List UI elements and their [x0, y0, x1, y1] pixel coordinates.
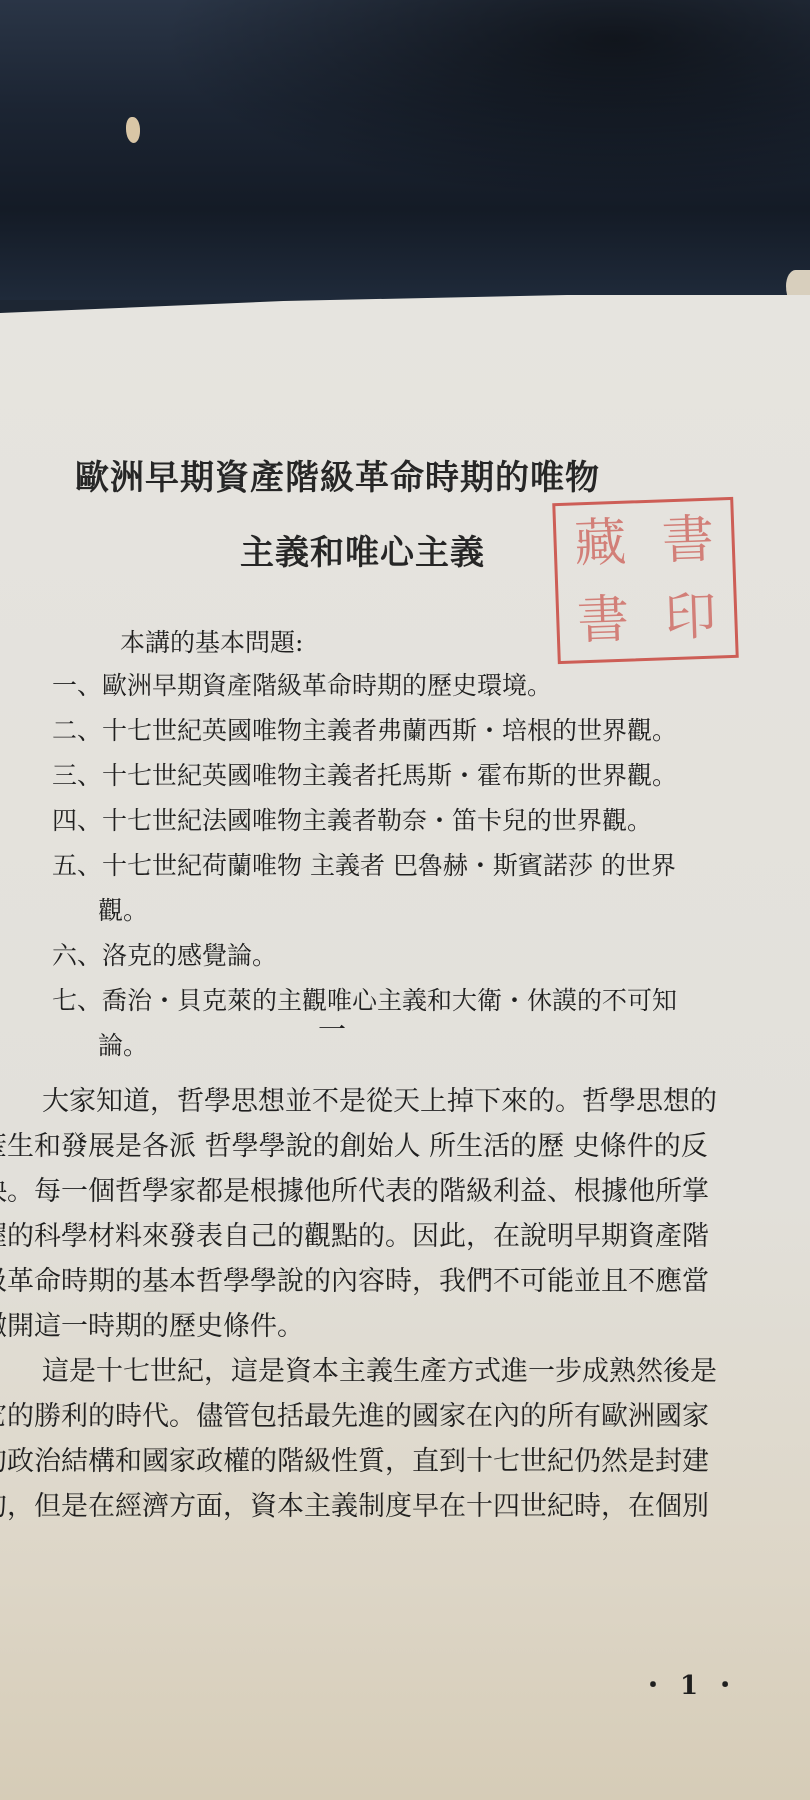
toc-item-7: 七、喬治・貝克萊的主觀唯心主義和大衛・休謨的不可知	[52, 978, 792, 1023]
chapter-title-line-1: 歐洲早期資產階級革命時期的唯物	[75, 450, 600, 499]
toc-heading: 本講的基本問題:	[120, 623, 303, 659]
book-page: 歐洲早期資產階級革命時期的唯物 主義和唯心主義 藏 書 書 印 本講的基本問題:…	[0, 295, 810, 1800]
toc-item-2: 二、十七世紀英國唯物主義者弗蘭西斯・培根的世界觀。	[52, 708, 792, 753]
red-seal-stamp: 藏 書 書 印	[552, 497, 739, 664]
section-number: 一	[318, 1008, 346, 1048]
toc-item-3: 三、十七世紀英國唯物主義者托馬斯・霍布斯的世界觀。	[52, 753, 792, 798]
body-line: 這是十七世紀，這是資本主義生產方式進一步成熟然後是	[0, 1349, 810, 1394]
body-line: 的政治結構和國家政權的階級性質，直到十七世紀仍然是封建	[0, 1439, 810, 1484]
toc-item-7-continued: 論。	[52, 1023, 792, 1068]
toc-item-5: 五、十七世紀荷蘭唯物 主義者 巴魯赫・斯賓諾莎 的世界	[52, 843, 792, 888]
cloth-shadow	[160, 0, 810, 200]
body-line: 撇開這一時期的歷史條件。	[0, 1304, 810, 1349]
toc-item-1: 一、歐洲早期資產階級革命時期的歷史環境。	[52, 663, 792, 708]
toc-item-4: 四、十七世紀法國唯物主義者勒奈・笛卡兒的世界觀。	[52, 798, 792, 843]
body-line: 的，但是在經濟方面，資本主義制度早在十四世紀時，在個別	[0, 1484, 810, 1529]
seal-glyph: 書	[558, 593, 647, 648]
paper-fragment	[126, 117, 140, 143]
seal-glyph: 印	[646, 590, 735, 645]
seal-glyph: 藏	[556, 516, 645, 571]
toc-item-6: 六、洛克的感覺論。	[52, 933, 792, 978]
chapter-title-line-2: 主義和唯心主義	[240, 525, 485, 574]
body-line: 握的科學材料來發表自己的觀點的。因此，在說明早期資產階	[0, 1214, 810, 1259]
toc-item-5-continued: 觀。	[52, 888, 792, 933]
body-line: 映。每一個哲學家都是根據他所代表的階級利益、根據他所掌	[0, 1169, 810, 1214]
page-number: ・1・	[640, 1665, 752, 1702]
body-line: 大家知道，哲學思想並不是從天上掉下來的。哲學思想的	[0, 1079, 810, 1124]
body-line: 級革命時期的基本哲學學說的內容時，我們不可能並且不應當	[0, 1259, 810, 1304]
body-line: 產生和發展是各派 哲學學說的創始人 所生活的歷 史條件的反	[0, 1124, 810, 1169]
body-line: 它的勝利的時代。儘管包括最先進的國家在內的所有歐洲國家	[0, 1394, 810, 1439]
seal-glyph: 書	[643, 513, 732, 568]
body-paragraphs: 大家知道，哲學思想並不是從天上掉下來的。哲學思想的 產生和發展是各派 哲學學說的…	[0, 1079, 810, 1529]
toc-list: 一、歐洲早期資產階級革命時期的歷史環境。 二、十七世紀英國唯物主義者弗蘭西斯・培…	[52, 663, 792, 1068]
